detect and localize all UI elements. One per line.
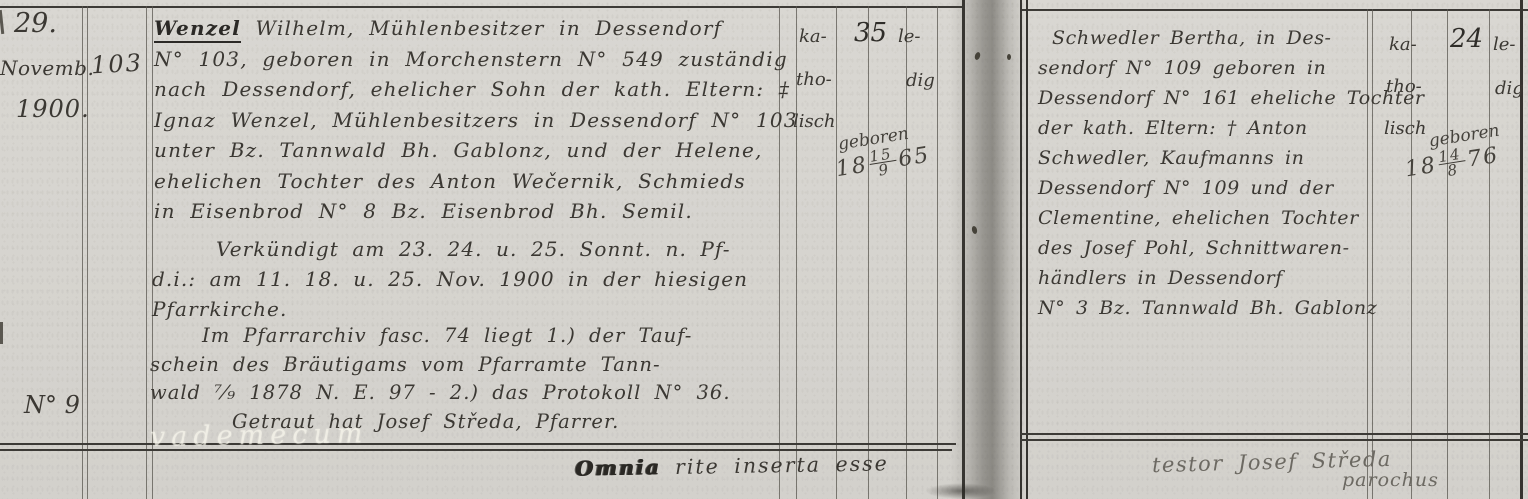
groom-entry-line: Ignaz Wenzel, Mühlenbesitzers in Dessend… — [154, 105, 798, 136]
parochus-title: parochus — [1342, 469, 1439, 491]
right-page-edge-rule — [1026, 0, 1028, 499]
entry-date-month: Novemb. — [0, 56, 94, 80]
note-line: wald ⁷⁄₉ 1878 N. E. 97 - 2.) das Protoko… — [150, 379, 731, 408]
birth-day-month-fraction: 148 — [1436, 146, 1467, 179]
binding-speck — [1007, 54, 1011, 60]
birth-year: 65 — [897, 143, 933, 173]
gutter-bottom-shadow — [925, 483, 997, 499]
bride-religion-word: ka- — [1389, 34, 1417, 55]
birth-century: 18 — [834, 152, 870, 182]
entry-date-day: 29. — [14, 8, 57, 39]
column-rule — [868, 6, 869, 499]
groom-surname: Wenzel — [154, 16, 241, 43]
archive-watermark: vademecum — [150, 418, 369, 453]
bride-entry-line: händlers in Dessendorf — [1038, 263, 1425, 293]
note-line: schein des Bräutigams vom Pfarramte Tann… — [150, 351, 731, 380]
bride-entry-paragraph: Schwedler Bertha, in Des- sendorf N° 109… — [1038, 23, 1425, 323]
right-edge-rule — [1520, 0, 1523, 499]
banns-line: Verkündigt am 23. 24. u. 25. Sonnt. n. P… — [216, 234, 748, 264]
groom-birth-note: geboren 1815965 — [831, 121, 933, 184]
latin-verification-note: Omnia rite inserta esse — [575, 451, 889, 480]
groom-religion-word: tho- — [796, 69, 832, 90]
birth-year: 76 — [1466, 143, 1502, 173]
bride-entry-line: sendorf N° 109 geboren in — [1038, 53, 1425, 83]
bride-religion-word: tho- — [1386, 76, 1422, 97]
groom-entry-line: ehelichen Tochter des Anton Wečernik, Sc… — [154, 166, 798, 197]
bride-entry-line: Clementine, ehelichen Tochter — [1038, 203, 1425, 233]
column-rule — [146, 6, 147, 499]
bride-entry-line: Schwedler Bertha, in Des- — [1052, 23, 1425, 53]
column-rule — [937, 6, 938, 499]
entry-bottom-rule — [1020, 439, 1528, 441]
bride-entry-line: N° 3 Bz. Tannwald Bh. Gablonz — [1038, 293, 1425, 323]
column-rule — [1489, 9, 1490, 499]
column-rule — [836, 6, 837, 499]
bride-age: 24 — [1450, 24, 1483, 54]
groom-age: 35 — [854, 18, 887, 48]
groom-line1-rest: Wilhelm, Mühlenbesitzer in Dessendorf — [241, 16, 722, 40]
bride-entry-line: Dessendorf N° 109 und der — [1038, 173, 1425, 203]
book-gutter-shadow — [950, 0, 1024, 499]
groom-status-word: dig — [906, 70, 935, 91]
note-line: Im Pfarrarchiv fasc. 74 liegt 1.) der Ta… — [202, 322, 731, 351]
groom-entry-line: unter Bz. Tannwald Bh. Gablonz, und der … — [154, 135, 798, 166]
bride-birth-date: 1814876 — [1403, 140, 1506, 184]
bride-entry-line: Dessendorf N° 161 eheliche Tochter — [1038, 83, 1425, 113]
banns-line: d.i.: am 11. 18. u. 25. Nov. 1900 in der… — [152, 264, 748, 294]
scan-edge-mark — [0, 10, 4, 34]
entry-bottom-rule — [0, 449, 952, 451]
top-rule-right — [1020, 9, 1528, 11]
birth-day-month-fraction: 159 — [867, 146, 898, 179]
bride-entry-line: der kath. Eltern: † Anton — [1038, 113, 1425, 143]
house-number: 103 — [90, 49, 143, 80]
banns-paragraph: Verkündigt am 23. 24. u. 25. Sonnt. n. P… — [152, 234, 748, 324]
scan-edge-mark — [0, 322, 3, 344]
entry-bottom-rule — [1020, 433, 1528, 435]
birth-month: 8 — [1447, 162, 1461, 178]
groom-entry-line: N° 103, geboren in Morchenstern N° 549 z… — [154, 44, 798, 75]
bride-entry-line: Schwedler, Kaufmanns in — [1038, 143, 1425, 173]
birth-month: 9 — [877, 162, 891, 178]
groom-entry-line: Wenzel Wilhelm, Mühlenbesitzer in Dessen… — [154, 13, 798, 44]
birth-century: 18 — [1403, 153, 1439, 183]
entry-bottom-rule — [0, 443, 956, 445]
groom-religion-word: lisch — [793, 111, 835, 132]
bride-status-word: dig — [1495, 78, 1524, 99]
column-rule — [1447, 9, 1448, 499]
bride-status-word: le- — [1493, 34, 1516, 55]
top-rule-left — [0, 6, 963, 8]
groom-entry-line: nach Dessendorf, ehelicher Sohn der kath… — [154, 74, 798, 105]
register-scan: 29. Novemb. 1900. N° 9 103 Wenzel Wilhel… — [0, 0, 1528, 499]
archive-notes-paragraph: Im Pfarrarchiv fasc. 74 liegt 1.) der Ta… — [150, 322, 731, 436]
groom-entry-line: in Eisenbrod N° 8 Bz. Eisenbrod Bh. Semi… — [154, 196, 798, 227]
latin-note-rest: rite inserta esse — [660, 451, 889, 479]
banns-line: Pfarrkirche. — [152, 294, 748, 324]
entry-date-year: 1900. — [16, 95, 90, 123]
groom-religion-word: ka- — [799, 26, 827, 47]
bride-entry-line: des Josef Pohl, Schnittwaren- — [1038, 233, 1425, 263]
groom-status-word: le- — [898, 26, 921, 47]
groom-entry-paragraph: Wenzel Wilhelm, Mühlenbesitzer in Dessen… — [154, 13, 798, 227]
latin-note-first-word: Omnia — [575, 455, 661, 480]
record-number: N° 9 — [24, 391, 80, 419]
